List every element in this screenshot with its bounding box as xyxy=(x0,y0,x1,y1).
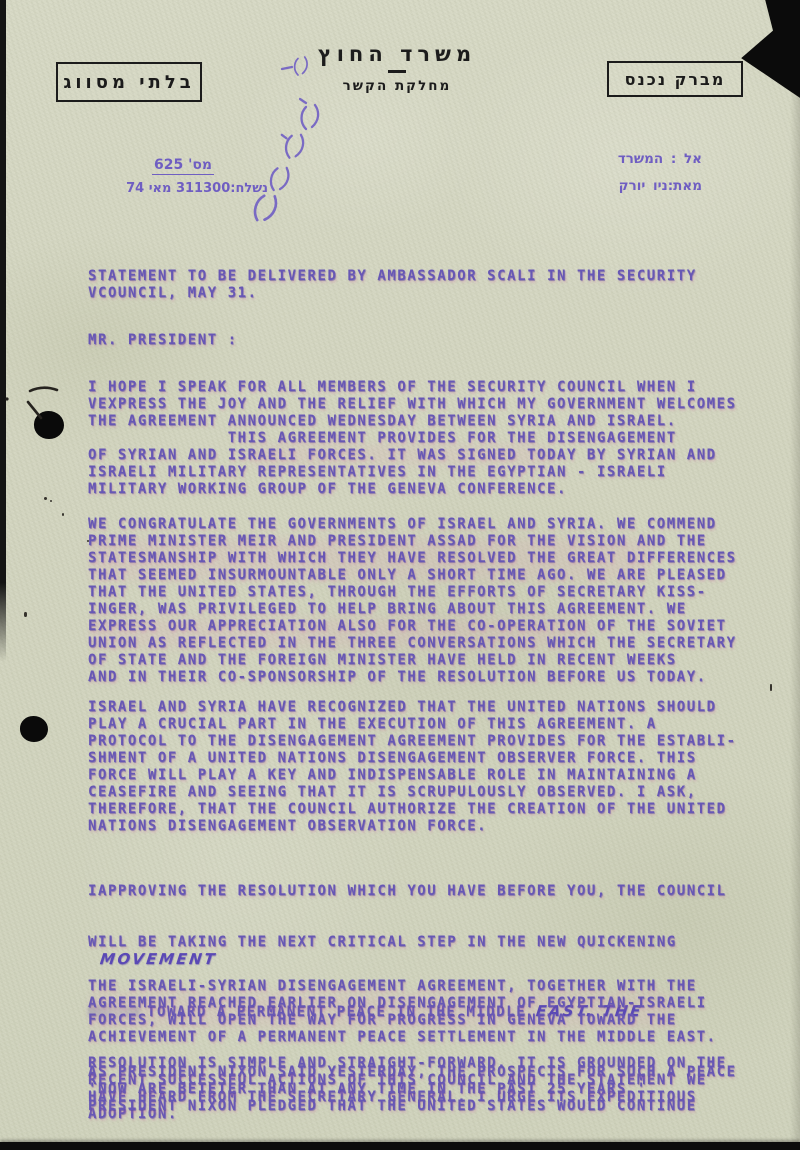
scan-bottom-edge-bar xyxy=(0,1142,800,1150)
typed-line: IAPPROVING THE RESOLUTION WHICH YOU HAVE… xyxy=(88,883,788,900)
subject-line: STATEMENT TO BE DELIVERED BY AMBASSADOR … xyxy=(88,268,788,302)
paragraph: AS PRESIDENT NIXON SAID YESTERDAY, THE P… xyxy=(88,1064,788,1115)
punch-hole xyxy=(20,716,48,742)
letterhead-divider xyxy=(388,70,406,73)
scan-left-edge-shadow xyxy=(0,0,6,662)
paragraph: ISRAEL AND SYRIA HAVE RECOGNIZED THAT TH… xyxy=(88,699,788,835)
department-name: מחלקת הקשר xyxy=(0,78,794,94)
pen-scribble-marks xyxy=(0,380,70,440)
ministry-letterhead: משרד החוץ מחלקת הקשר xyxy=(0,42,794,94)
routing-from-line: מאת:ניו יורק xyxy=(618,173,702,200)
ink-speck xyxy=(770,684,772,691)
ink-speck xyxy=(50,500,52,502)
paragraph: WE CONGRATULATE THE GOVERNMENTS OF ISRAE… xyxy=(88,516,788,686)
handwritten-word-movement: MOVEMENT xyxy=(99,951,218,968)
routing-block: אל : המשרד מאת:ניו יורק xyxy=(618,146,702,200)
scanned-telegram-document: בלתי מסווג מברק נכנס משרד החוץ מחלקת הקש… xyxy=(0,0,800,1150)
paragraph: I HOPE I SPEAK FOR ALL MEMBERS OF THE SE… xyxy=(88,379,788,498)
routing-to-line: אל : המשרד xyxy=(618,146,702,173)
handwritten-squiggle-marks xyxy=(240,55,340,230)
scan-right-edge-shadow xyxy=(790,0,800,1150)
telegram-number: מס' 625 xyxy=(139,157,227,173)
paragraph: THE ISRAELI-SYRIAN DISENGAGEMENT AGREEME… xyxy=(88,978,788,1046)
ink-speck xyxy=(62,513,64,516)
ink-speck xyxy=(87,540,89,542)
salutation: MR. PRESIDENT : xyxy=(88,332,788,349)
ink-speck xyxy=(44,497,47,500)
ink-speck xyxy=(24,612,27,617)
ministry-name: משרד החוץ xyxy=(0,42,794,66)
typed-line: WILL BE TAKING THE NEXT CRITICAL STEP IN… xyxy=(88,934,788,969)
